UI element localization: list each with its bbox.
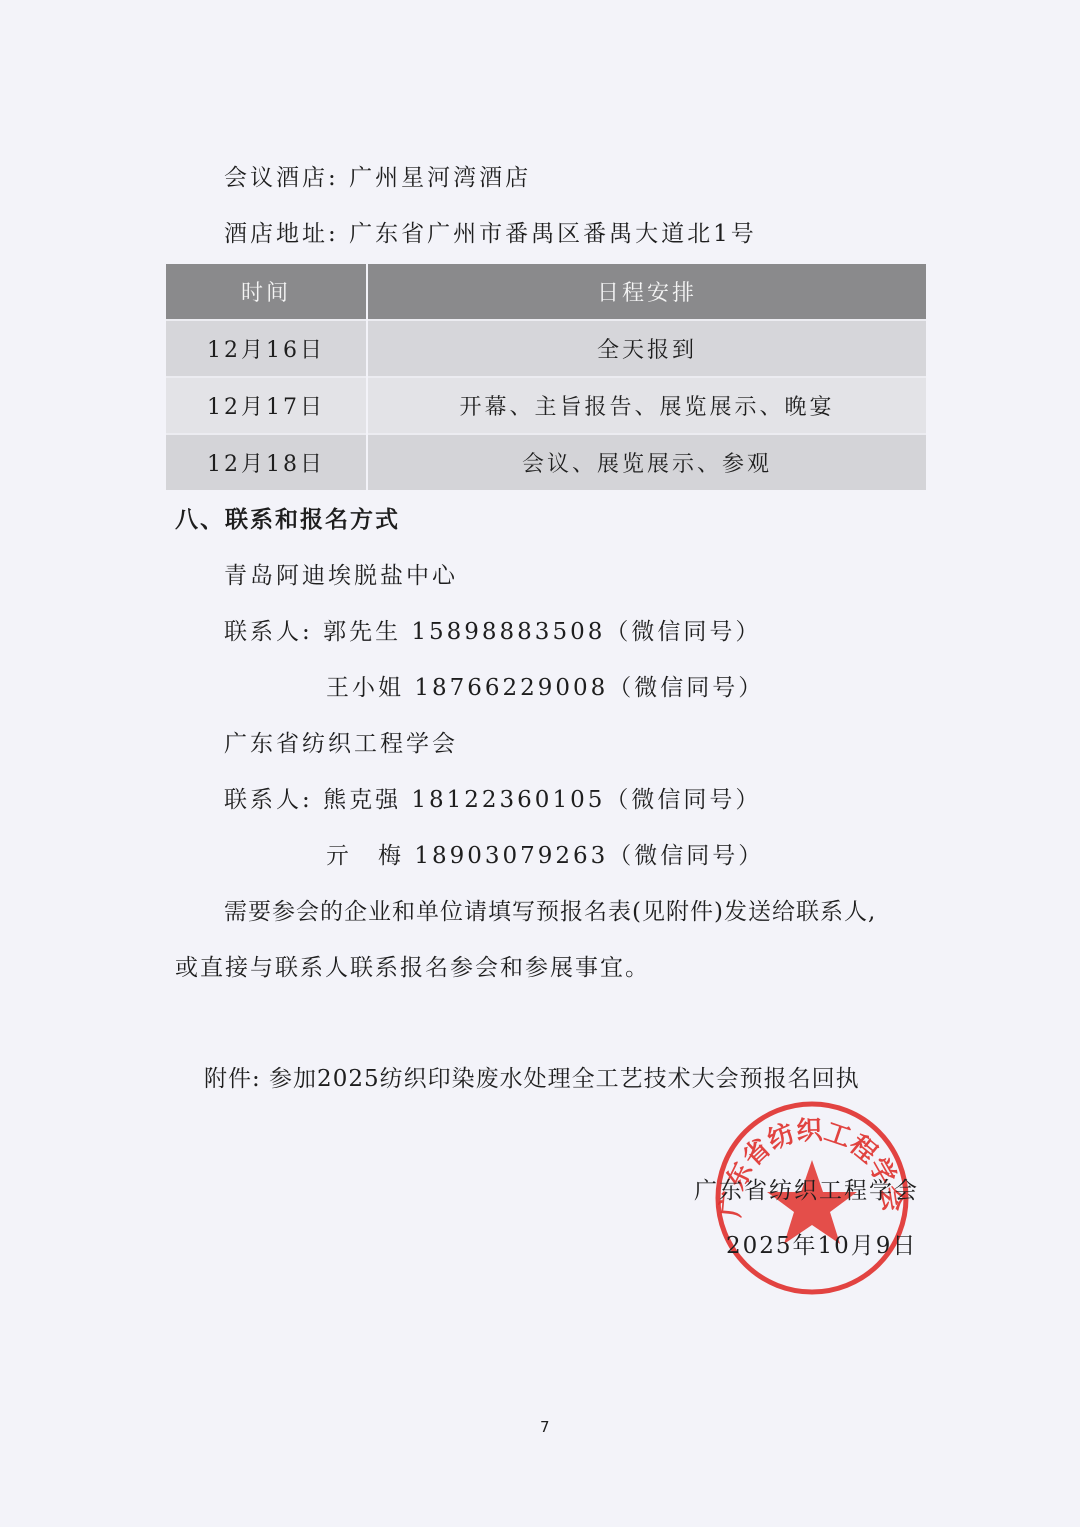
org2-contact-1: 联系人: 熊克强 18122360105（微信同号）	[224, 785, 761, 815]
row-date: 12月18日	[166, 434, 367, 490]
contact-name: 亓 梅	[326, 843, 404, 869]
row-date: 12月17日	[166, 377, 367, 434]
contact-name: 郭先生	[323, 619, 401, 645]
hotel-name-value: 广州星河湾酒店	[349, 165, 531, 191]
org1-contact-1: 联系人: 郭先生 15898883508（微信同号）	[224, 617, 761, 647]
contact-note: （微信同号）	[605, 787, 761, 813]
table-row: 12月18日 会议、展览展示、参观	[166, 434, 926, 490]
hotel-name-label: 会议酒店:	[224, 165, 339, 191]
hotel-address-value: 广东省广州市番禺区番禺大道北1号	[349, 221, 757, 247]
row-agenda: 全天报到	[367, 320, 926, 377]
contact-phone: 18122360105	[411, 787, 605, 813]
contact-phone: 18903079263	[414, 843, 608, 869]
org1-name: 青岛阿迪埃脱盐中心	[224, 561, 458, 591]
table-row: 12月16日 全天报到	[166, 320, 926, 377]
contact-phone: 18766229008	[414, 675, 608, 701]
paragraph-line-1: 需要参会的企业和单位请填写预报名表(见附件)发送给联系人,	[224, 897, 876, 927]
contact-note: （微信同号）	[605, 619, 761, 645]
hotel-address-label: 酒店地址:	[224, 221, 339, 247]
org2-name: 广东省纺织工程学会	[224, 729, 458, 759]
contact-name: 熊克强	[323, 787, 401, 813]
row-agenda: 会议、展览展示、参观	[367, 434, 926, 490]
contact-label: 联系人:	[224, 787, 313, 813]
page-number: 7	[540, 1418, 550, 1436]
contact-phone: 15898883508	[411, 619, 605, 645]
org1-contact-2: 王小姐 18766229008（微信同号）	[326, 673, 764, 703]
contact-note: （微信同号）	[608, 843, 764, 869]
header-time: 时间	[166, 264, 367, 320]
hotel-address-line: 酒店地址: 广东省广州市番禺区番禺大道北1号	[224, 219, 757, 249]
org2-contact-2: 亓 梅 18903079263（微信同号）	[326, 841, 764, 871]
schedule-table: 时间 日程安排 12月16日 全天报到 12月17日 开幕、主旨报告、展览展示、…	[166, 264, 926, 490]
table-header-row: 时间 日程安排	[166, 264, 926, 320]
signature-date: 2025年10月9日	[726, 1231, 917, 1261]
hotel-name-line: 会议酒店: 广州星河湾酒店	[224, 163, 531, 193]
header-agenda: 日程安排	[367, 264, 926, 320]
section-heading: 八、联系和报名方式	[175, 505, 400, 535]
contact-note: （微信同号）	[608, 675, 764, 701]
table-row: 12月17日 开幕、主旨报告、展览展示、晚宴	[166, 377, 926, 434]
paragraph-line-2: 或直接与联系人联系报名参会和参展事宜。	[175, 953, 650, 983]
contact-label: 联系人:	[224, 619, 313, 645]
signature-org: 广东省纺织工程学会	[694, 1176, 919, 1206]
contact-name: 王小姐	[326, 675, 404, 701]
row-date: 12月16日	[166, 320, 367, 377]
row-agenda: 开幕、主旨报告、展览展示、晚宴	[367, 377, 926, 434]
attachment-note: 附件: 参加2025纺织印染废水处理全工艺技术大会预报名回执	[204, 1064, 860, 1094]
